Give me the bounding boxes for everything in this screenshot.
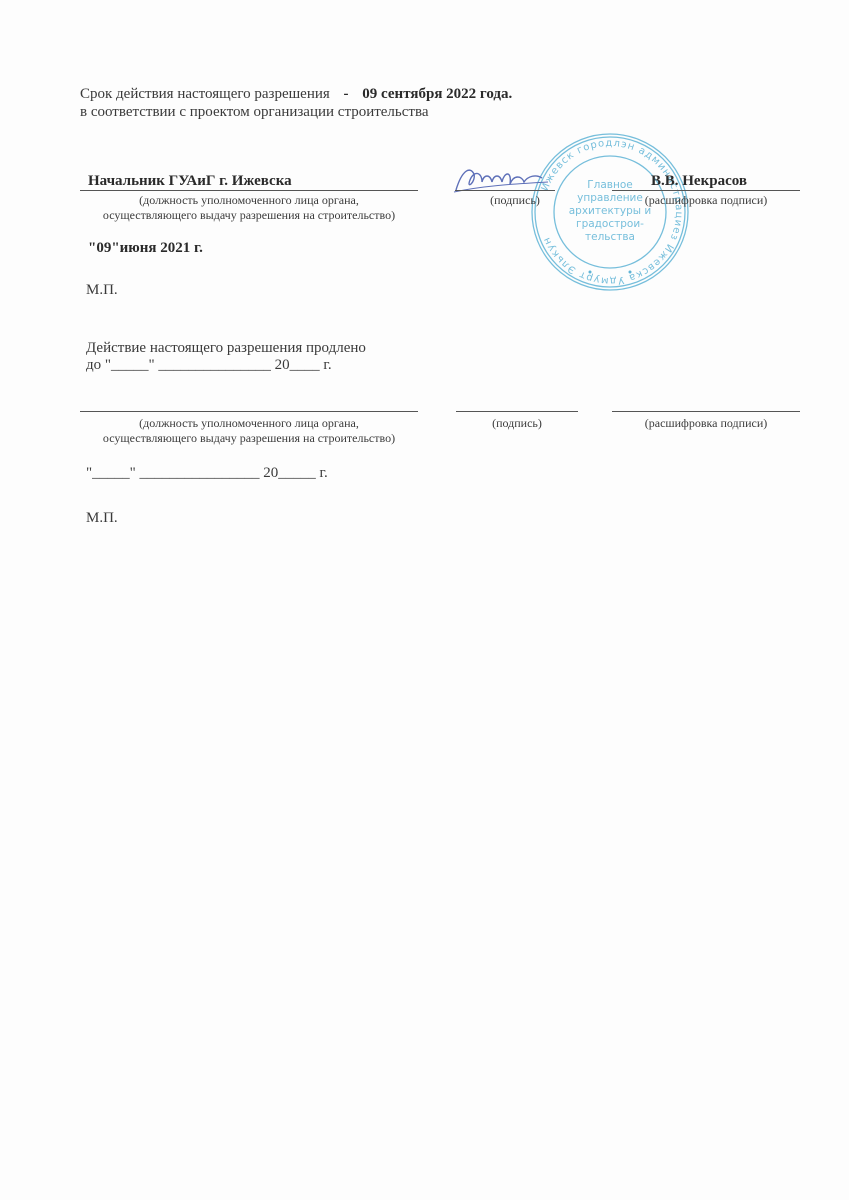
name-underline — [612, 190, 800, 191]
ext-signature-caption: (подпись) — [456, 416, 578, 431]
validity-label: Срок действия настоящего разрешения — [80, 86, 330, 102]
seal-mark: М.П. — [86, 282, 118, 299]
ext-date: "_____" ________________ 20_____ г. — [86, 465, 328, 482]
position-underline — [80, 190, 418, 191]
validity-date: 09 сентября 2022 года. — [362, 86, 512, 102]
svg-text:градострои-: градострои- — [576, 218, 644, 230]
ext-signature-line — [456, 411, 578, 412]
validity-line: Срок действия настоящего разрешения - 09… — [80, 86, 512, 103]
signature-underline — [455, 190, 555, 191]
signer-name: В.В. Некрасов — [651, 173, 747, 190]
svg-text:тельства: тельства — [585, 231, 635, 243]
validity-dash: - — [344, 86, 349, 102]
ext-name-caption: (расшифровка подписи) — [612, 416, 800, 431]
signature-caption: (подпись) — [455, 193, 575, 208]
ext-seal-mark: М.П. — [86, 510, 118, 527]
validity-basis: в соответствии с проектом организации ст… — [80, 104, 429, 121]
extension-text: Действие настоящего разрешения продлено — [86, 340, 366, 357]
ext-name-line — [612, 411, 800, 412]
name-caption: (расшифровка подписи) — [612, 193, 800, 208]
signer-position: Начальник ГУАиГ г. Ижевска — [88, 173, 292, 190]
position-caption: (должность уполномоченного лица органа, … — [80, 193, 418, 223]
official-stamp: Ижевск городлэн администрациез Ижевска У… — [530, 132, 690, 292]
ext-position-line — [80, 411, 418, 412]
issue-date: "09"июня 2021 г. — [88, 240, 203, 257]
ext-position-caption: (должность уполномоченного лица органа, … — [80, 416, 418, 446]
extension-until: до "_____" _______________ 20____ г. — [86, 357, 332, 374]
